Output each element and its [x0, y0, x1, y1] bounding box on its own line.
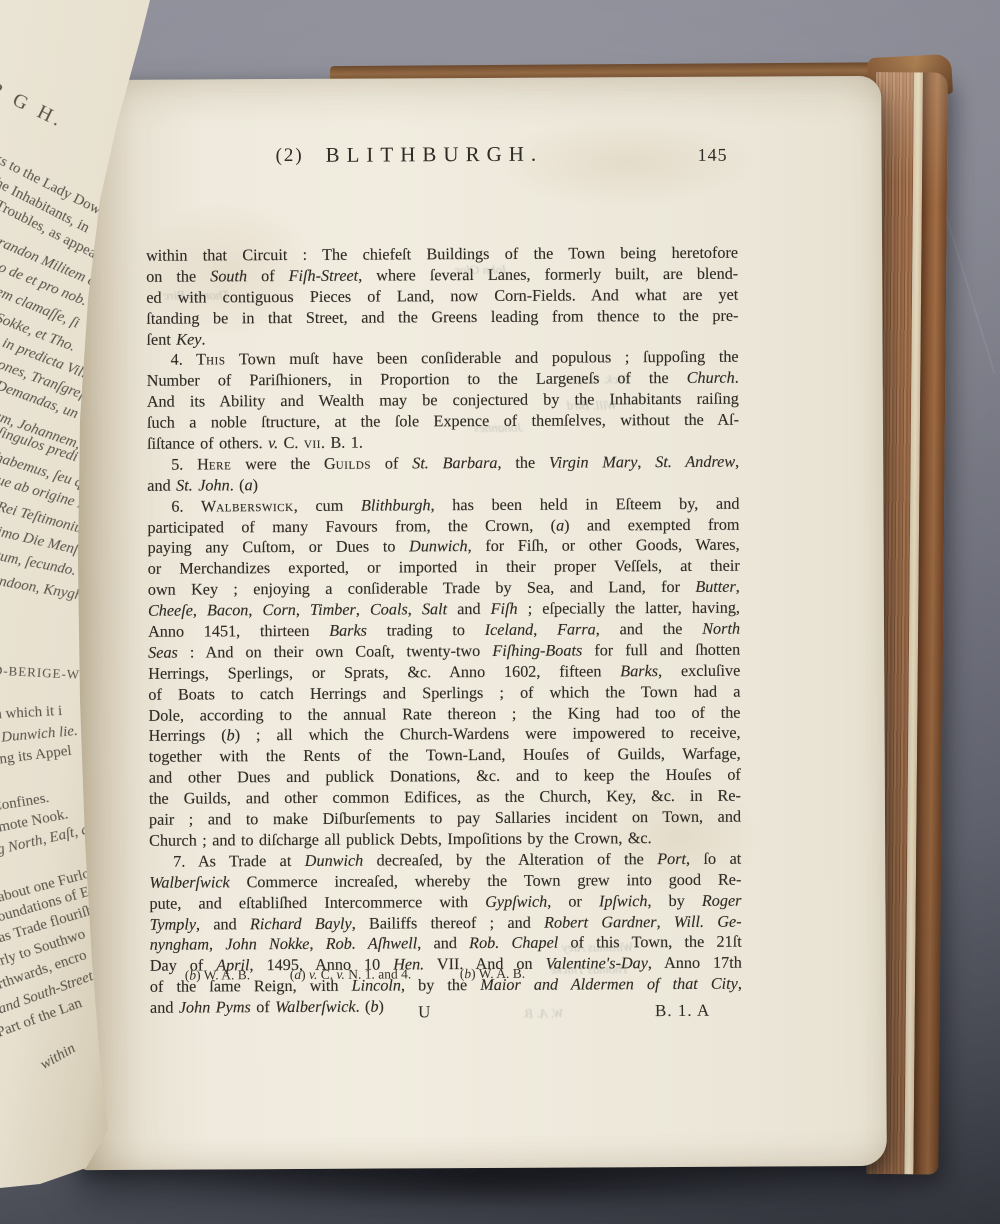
text-segment: South	[210, 267, 247, 285]
text-segment: vii	[304, 434, 321, 452]
text-segment: Barks	[620, 662, 658, 680]
text-segment: ,	[533, 621, 557, 639]
text-segment: a	[556, 516, 564, 534]
text-segment: ſiſtance of others.	[147, 434, 268, 453]
text-segment: 7. As Trade at	[173, 852, 305, 871]
section-number: (2)	[275, 145, 303, 167]
text-line: Herrings, Sperlings, or Sprats, &c. Anno…	[148, 660, 740, 684]
text-segment: Church ; and to diſcharge all publick De…	[149, 829, 652, 850]
text-segment: ) ; all which the Church-Wardens were im…	[235, 724, 741, 745]
left-page-text-fragment: LD-BERIGE-W	[0, 662, 80, 683]
text-segment: together with the Rents of the Town-Land…	[149, 745, 741, 766]
page-title: BLITHBURGH.	[325, 142, 543, 168]
text-segment: . (	[230, 476, 245, 494]
text-segment: ,	[735, 453, 739, 471]
text-segment: ,	[193, 602, 207, 620]
footnote: (b) W. A. B.	[185, 967, 250, 983]
left-page-text-fragment: R G H.	[0, 77, 68, 133]
text-segment: and	[147, 476, 176, 494]
text-segment: alberswick	[216, 497, 294, 515]
text-segment: the Guilds, and other common Edifices, a…	[149, 787, 741, 808]
text-segment: Herrings, Sperlings, or Sprats, &c. Anno…	[148, 662, 620, 682]
text-segment: ; eſpecially the latter, having,	[518, 599, 740, 618]
text-segment: Fiſh-Street	[289, 267, 359, 285]
text-segment: on the	[146, 267, 210, 285]
text-segment: Fiſhing-Boats	[492, 641, 582, 659]
text-segment: , and the	[596, 620, 703, 639]
text-segment: ,	[637, 453, 655, 471]
text-segment: Church	[687, 369, 735, 387]
text-segment: Blithburgh	[361, 496, 431, 514]
text-segment: within that Circuit : The chiefeſt Build…	[146, 244, 738, 265]
text-segment: ſent	[146, 330, 176, 348]
text-segment: , the	[497, 454, 549, 472]
text-segment: ,	[657, 912, 674, 930]
text-line: within that Circuit : The chiefeſt Build…	[146, 243, 738, 267]
text-segment: ,	[356, 601, 370, 619]
recto-page: John Glor.Thomas BircRick. ColyorWill. B…	[75, 76, 887, 1170]
text-segment: 5. H	[171, 455, 209, 473]
text-segment: Corn	[262, 601, 295, 619]
text-segment: pair ; and to make Diſburſements to pay …	[149, 808, 741, 829]
text-segment: v.	[336, 967, 344, 982]
text-segment: ,	[408, 600, 422, 618]
text-segment: ſuch a noble ſtructure, at the ſole Expe…	[147, 411, 739, 432]
text-segment: for full and ſhotten	[582, 641, 740, 660]
book-photo: John Glor.Thomas BircRick. ColyorWill. B…	[0, 0, 1000, 1224]
text-segment: Gypſwich	[485, 892, 547, 910]
text-segment: , by	[647, 891, 701, 909]
text-segment: Key	[176, 330, 201, 348]
body-text: within that Circuit : The chiefeſt Build…	[146, 243, 742, 1019]
text-segment: his	[206, 351, 226, 369]
text-line: of Boats to catch Herrings and Sperlings…	[148, 681, 740, 705]
text-segment: Barks	[329, 622, 367, 640]
text-segment: Robert Gardner	[544, 913, 657, 932]
text-segment: And its Ability and Wealth may be conjec…	[147, 390, 739, 411]
text-segment: pute, and eſtabliſhed Intercommerce with	[149, 893, 485, 913]
text-line: Walberſwick Commerce increaſed, whereby …	[149, 869, 741, 893]
text-segment: uilds	[336, 454, 371, 472]
left-page-text-fragment: king its Appel	[0, 743, 73, 770]
text-segment: Bacon	[207, 601, 248, 619]
text-segment: decreaſed, by the Alteration of the	[363, 850, 657, 870]
text-segment: Salt	[422, 600, 447, 618]
text-segment: ,	[209, 936, 225, 954]
text-segment: Ipſwich	[599, 892, 648, 910]
text-segment: St. John	[176, 476, 230, 494]
text-segment: , Bailiffs thereof ; and	[352, 913, 544, 932]
text-segment: : And on their own Coaſt, twenty-two	[178, 642, 493, 662]
page-number: 145	[697, 145, 727, 166]
text-line: pute, and eſtabliſhed Intercommerce with…	[149, 890, 741, 914]
text-segment: own Key ; enjoying a conſiderable Trade …	[148, 578, 696, 599]
footnote: (b) W. A. B.	[460, 966, 525, 982]
text-segment: Seas	[148, 644, 178, 662]
text-segment: were the G	[231, 455, 335, 474]
text-segment: and	[447, 600, 491, 618]
text-segment: C.	[317, 967, 336, 982]
text-line: pair ; and to make Diſburſements to pay …	[149, 807, 741, 831]
text-segment: )	[301, 967, 309, 982]
text-segment: Fiſh	[491, 600, 518, 618]
text-segment: . B. 1.	[321, 434, 363, 452]
text-line: 6. Walberswick, cum Blithburgh, has been…	[147, 493, 739, 517]
left-page-text-fragment: ith which it i	[0, 703, 63, 724]
text-segment: 6. W	[171, 497, 216, 515]
text-segment: Walberſwick	[149, 873, 229, 891]
text-segment: b	[227, 727, 235, 745]
text-segment: , and	[417, 934, 469, 952]
text-segment: ere	[209, 455, 232, 473]
footnotes: (b) W. A. B.(a) v. C. v. N. 1. and 4.(b)…	[150, 965, 742, 990]
text-segment: .	[201, 330, 205, 348]
text-segment: , has been held in Eſteem by, and	[431, 494, 740, 514]
text-segment: trading to	[367, 621, 485, 640]
text-segment: C.	[278, 434, 304, 452]
text-line: 7. As Trade at Dunwich decreaſed, by the…	[149, 848, 741, 872]
text-line: Anno 1451, thirteen Barks trading to Ice…	[148, 619, 740, 643]
text-segment: nyngham	[150, 936, 209, 954]
text-segment: v.	[268, 434, 278, 452]
text-segment: St. Andrew	[655, 453, 735, 471]
text-segment: John Nokke	[225, 935, 309, 953]
text-segment: Roger	[702, 891, 742, 909]
text-segment: Rob. Aſhwell	[326, 935, 418, 953]
text-segment: Timber	[310, 601, 356, 619]
signature-row: U B. 1. A	[150, 1001, 742, 1028]
text-segment: , excluſive	[658, 661, 740, 679]
text-segment: , cum	[294, 496, 361, 514]
text-segment: Iceland	[485, 621, 534, 639]
text-line: on the South of Fiſh-Street, where ſever…	[146, 264, 738, 288]
text-line: ſtanding be in that Street, and the Gree…	[146, 305, 738, 329]
text-segment: North	[702, 620, 740, 638]
text-segment: Herrings (	[149, 727, 227, 745]
text-segment: Town muſt have been conſiderable and pop…	[226, 348, 739, 369]
text-segment: ) and exempted from	[564, 515, 739, 534]
text-segment: ſtanding be in that Street, and the Gree…	[146, 306, 738, 327]
text-segment: Cheeſe	[148, 602, 193, 620]
text-segment: Anno 1451, thirteen	[148, 622, 329, 641]
text-segment: , or	[547, 892, 599, 910]
text-segment: St. Barbara	[412, 454, 497, 472]
text-segment: , where ſeveral Lanes, formerly built, a…	[358, 265, 738, 285]
signature-mark: U	[418, 1002, 430, 1022]
text-line: 5. Here were the Guilds of St. Barbara, …	[147, 452, 739, 476]
text-segment: Virgin Mary	[549, 453, 638, 471]
text-segment: N. 1. and 4.	[345, 966, 411, 981]
text-segment: or Merchandizes exported, or imported in…	[148, 557, 740, 578]
text-segment: participated of many Favours from, the C…	[147, 516, 556, 536]
text-segment: ,	[736, 578, 740, 596]
text-segment: ,	[248, 601, 262, 619]
text-segment: Butter	[695, 578, 736, 596]
text-segment: v.	[309, 967, 317, 982]
text-segment: paying any Cuſtom, or Dues to	[148, 538, 410, 557]
text-segment: Commerce increaſed, whereby the Town gre…	[230, 870, 742, 891]
text-segment: Tymply	[150, 915, 197, 933]
text-segment: of this Town, the 21ſt	[558, 933, 741, 952]
text-segment: ,	[296, 601, 310, 619]
text-segment: .	[735, 369, 739, 387]
text-line: ſuch a noble ſtructure, at the ſole Expe…	[147, 410, 739, 434]
catchline: B. 1. A	[655, 1001, 710, 1021]
text-segment: and other Dues and publick Donations, &c…	[149, 766, 741, 787]
text-segment: ) W. A. B.	[196, 967, 250, 982]
text-segment: Rob. Chapel	[469, 934, 558, 952]
text-segment: ) W. A. B.	[471, 966, 525, 981]
running-header: (2) BLITHBURGH. 145	[145, 141, 737, 178]
left-page-text-fragment: within	[38, 1040, 79, 1073]
text-line: Seas : And on their own Coaſt, twenty-tw…	[148, 640, 740, 664]
text-segment: Number of Pariſhioners, in Proportion to…	[147, 369, 687, 390]
text-segment: , for Fiſh, or other Goods, Wares,	[468, 536, 740, 555]
text-segment: ed with contiguous Pieces of Land, now C…	[146, 285, 738, 306]
text-segment: Port	[657, 850, 686, 868]
text-segment: Will. Ge-	[674, 912, 742, 930]
text-segment: Dole, according to the annual Rate there…	[148, 703, 740, 724]
text-segment: , and	[196, 915, 250, 933]
text-segment: of	[247, 267, 289, 285]
text-segment: of	[371, 454, 412, 472]
text-line: ed with contiguous Pieces of Land, now C…	[146, 284, 738, 308]
text-segment: Richard Bayly	[250, 914, 352, 933]
text-segment: Dunwich	[409, 538, 468, 556]
text-column: (2) BLITHBURGH. 145 within that Circuit …	[145, 77, 743, 1140]
text-segment: , ſo at	[686, 849, 741, 867]
text-segment: 4. T	[171, 351, 207, 369]
text-segment: Dunwich	[305, 851, 364, 869]
text-segment: Coals	[370, 601, 408, 619]
text-segment: of Boats to catch Herrings and Sperlings…	[148, 682, 740, 703]
footnote: (a) v. C. v. N. 1. and 4.	[290, 966, 411, 983]
text-segment: Farra	[557, 620, 596, 638]
text-segment: )	[253, 476, 258, 494]
text-segment: ,	[309, 935, 325, 953]
